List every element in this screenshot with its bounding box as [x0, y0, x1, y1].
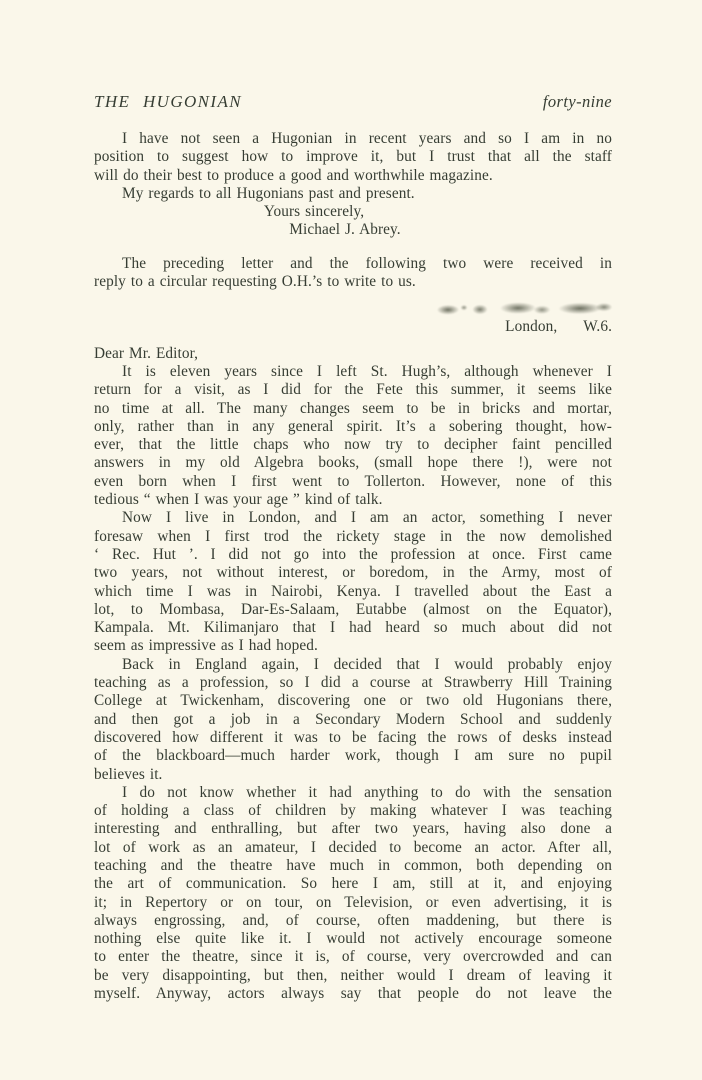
text-line: believes it. [94, 766, 612, 784]
text-line: answers in my old Algebra books, (small … [94, 454, 612, 472]
text-line: Michael J. Abrey. [94, 221, 612, 239]
text-line: always engrossing, and, of course, often… [94, 912, 612, 930]
text-line: even born when I first went to Tollerton… [94, 473, 612, 491]
text-line: to enter the theatre, since it is, of co… [94, 948, 612, 966]
text-line: discovered how different it was to be fa… [94, 729, 612, 747]
address-district: W.6. [583, 318, 612, 335]
text-line: lot of work as an amateur, I decided to … [94, 839, 612, 857]
running-header: THE HUGONIAN forty-nine [94, 92, 612, 112]
letter-content: I have not seen a Hugonian in recent yea… [94, 130, 612, 1003]
address-line: London,W.6. [94, 318, 612, 336]
text-line: be very disappointing, but then, neither… [94, 967, 612, 985]
salutation-line: Dear Mr. Editor, [94, 345, 612, 363]
intro-paragraph: I have not seen a Hugonian in recent yea… [94, 130, 612, 185]
text-line: and then got a job in a Secondary Modern… [94, 711, 612, 729]
closing-line: Yours sincerely, [94, 203, 612, 221]
text-line: position to suggest how to improve it, b… [94, 148, 612, 166]
text-line: tedious “ when I was your age ” kind of … [94, 491, 612, 509]
text-line: will do their best to produce a good and… [94, 167, 612, 185]
text-line: of the blackboard—much harder work, thou… [94, 747, 612, 765]
text-line: no time at all. The many changes seem to… [94, 400, 612, 418]
text-line: ‘ Rec. Hut ’. I did not go into the prof… [94, 546, 612, 564]
text-line: of holding a class of children by making… [94, 802, 612, 820]
text-line: teaching and the theatre have much in co… [94, 857, 612, 875]
text-line: nothing else quite like it. I would not … [94, 930, 612, 948]
text-line: I do not know whether it had anything to… [94, 784, 612, 802]
letter-paragraph-1: It is eleven years since I left St. Hugh… [94, 363, 612, 509]
text-line: which time I was in Nairobi, Kenya. I tr… [94, 583, 612, 601]
text-line: the art of communication. So here I am, … [94, 875, 612, 893]
text-line: ever, that the little chaps who now try … [94, 436, 612, 454]
letter-paragraph-2: Now I live in London, and I am an actor,… [94, 509, 612, 655]
letter-paragraph-4: I do not know whether it had anything to… [94, 784, 612, 1004]
text-line: reply to a circular requesting O.H.’s to… [94, 273, 612, 291]
text-line: Kampala. Mt. Kilimanjaro that I had hear… [94, 619, 612, 637]
text-line: only, rather than in any general spirit.… [94, 418, 612, 436]
page-title: THE HUGONIAN [94, 92, 242, 112]
text-line: The preceding letter and the following t… [94, 255, 612, 273]
text-line: College at Twickenham, discovering one o… [94, 692, 612, 710]
page-number: forty-nine [543, 92, 612, 112]
text-line: interesting and enthralling, but after t… [94, 820, 612, 838]
text-line: Yours sincerely, [94, 203, 612, 221]
address-city: London, [505, 318, 557, 335]
text-line: teaching as a profession, so I did a cou… [94, 674, 612, 692]
text-line: Now I live in London, and I am an actor,… [94, 509, 612, 527]
letter-paragraph-3: Back in England again, I decided that I … [94, 656, 612, 784]
text-line: Dear Mr. Editor, [94, 345, 612, 363]
text-line: it; in Repertory or on tour, on Televisi… [94, 894, 612, 912]
text-line: return for a visit, as I did for the Fet… [94, 381, 612, 399]
text-line: It is eleven years since I left St. Hugh… [94, 363, 612, 381]
text-line: I have not seen a Hugonian in recent yea… [94, 130, 612, 148]
signature-line: Michael J. Abrey. [94, 221, 612, 239]
text-line: lot, to Mombasa, Dar-Es-Salaam, Eutabbe … [94, 601, 612, 619]
text-line: foresaw when I first trod the rickety st… [94, 528, 612, 546]
text-line: seem as impressive as I had hoped. [94, 637, 612, 655]
text-line: myself. Anyway, actors always say that p… [94, 985, 612, 1003]
regards-line: My regards to all Hugonians past and pre… [94, 185, 612, 203]
editorial-note-paragraph: The preceding letter and the following t… [94, 255, 612, 292]
magazine-page: THE HUGONIAN forty-nine I have not seen … [0, 0, 702, 1080]
redacted-address-smudge [434, 300, 612, 317]
text-line: Back in England again, I decided that I … [94, 656, 612, 674]
sender-address: London,W.6. [94, 301, 612, 336]
text-line: two years, not without interest, or bore… [94, 564, 612, 582]
text-line: My regards to all Hugonians past and pre… [94, 185, 612, 203]
